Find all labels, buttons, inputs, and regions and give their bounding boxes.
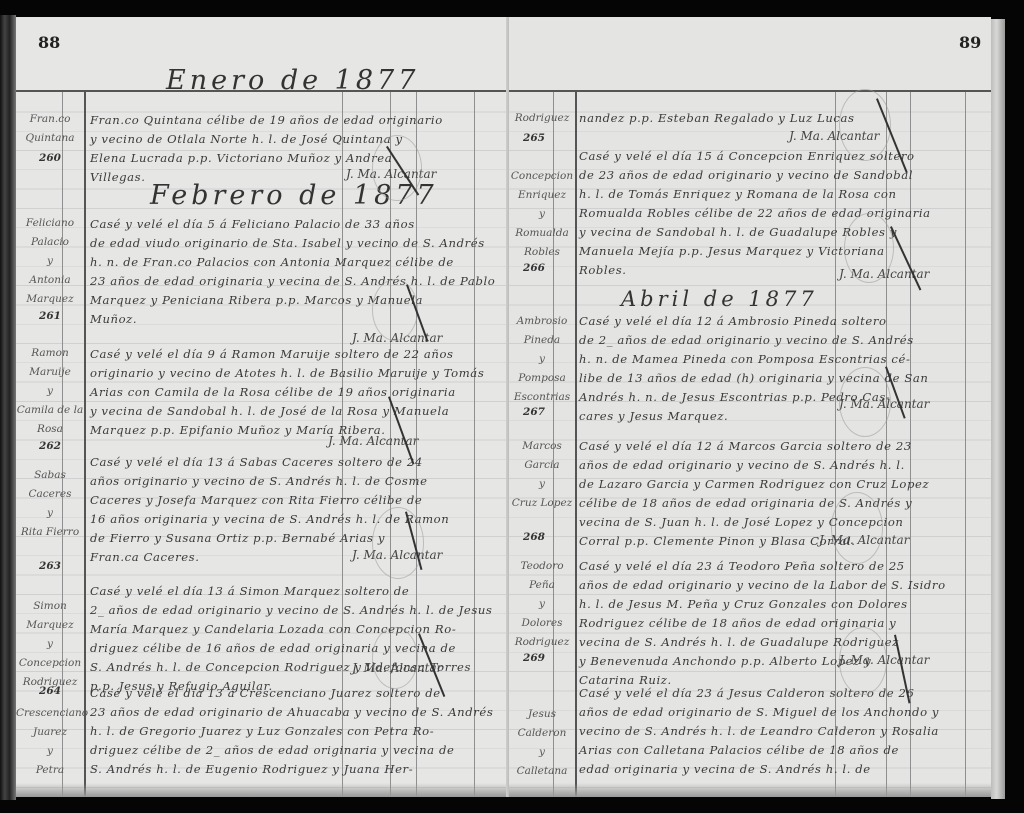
margin-name: Sabas Caceres y Rita Fierro bbox=[16, 466, 84, 542]
month-heading: Enero de 1877 bbox=[166, 65, 419, 96]
margin-name: Marcos Garcia y Cruz Lopez bbox=[509, 437, 575, 513]
entry-number: 268 bbox=[509, 528, 559, 547]
margin-name: Rodriguez bbox=[509, 109, 575, 128]
entry-number: 263 bbox=[16, 557, 84, 576]
entry-number: 264 bbox=[16, 682, 84, 701]
margin-name: Concepcion Enriquez y Romualda Robles bbox=[509, 167, 575, 262]
margin-name: Ambrosio Pineda y Pomposa Escontrias bbox=[509, 312, 575, 407]
page-number: 89 bbox=[959, 33, 981, 52]
margin-column-rule bbox=[84, 92, 86, 797]
parish-stamp bbox=[372, 627, 418, 689]
month-heading: Abril de 1877 bbox=[621, 287, 818, 311]
book-binding-left bbox=[0, 15, 16, 800]
entry-number: 262 bbox=[16, 437, 84, 456]
parish-stamp bbox=[839, 367, 891, 437]
right-page: 89 Rodriguez 265 nandez p.p. Esteban Reg… bbox=[509, 17, 991, 797]
entry-number: 260 bbox=[16, 149, 84, 168]
entry-text: Casé y velé el día 23 á Teodoro Peña sol… bbox=[579, 557, 946, 690]
book-page-edges bbox=[991, 19, 1005, 799]
entry-number: 266 bbox=[509, 259, 559, 278]
entry-number: 261 bbox=[16, 307, 84, 326]
entry-text: Casé y velé el día 13 á Simon Marquez so… bbox=[90, 582, 492, 696]
parish-stamp bbox=[839, 89, 891, 161]
parish-stamp bbox=[844, 213, 894, 283]
entry-text: nandez p.p. Esteban Regalado y Luz Lucas bbox=[579, 109, 855, 128]
margin-column-rule bbox=[575, 92, 577, 797]
entry-text: Casé y velé el día 13 á Crescenciano Jua… bbox=[90, 684, 493, 779]
left-page: 88 Enero de 1877 Febrero de 1877 Fran.co… bbox=[16, 17, 508, 797]
parish-stamp bbox=[372, 507, 424, 579]
parish-stamp bbox=[831, 492, 883, 564]
margin-name: Simon Marquez y Concepcion Rodriguez bbox=[16, 597, 84, 692]
page-bottom-edge bbox=[509, 783, 991, 797]
margin-name: Feliciano Palacio y Antonia Marquez bbox=[16, 214, 84, 309]
margin-name: Crescenciano Juarez y Petra bbox=[16, 704, 84, 780]
parish-stamp bbox=[372, 279, 418, 341]
margin-name: Fran.co Quintana bbox=[16, 110, 84, 148]
margin-name: Jesus Calderon y Calletana bbox=[509, 705, 575, 781]
margin-name: Ramon Maruije y Camila de la Rosa bbox=[16, 344, 84, 439]
margin-name: Teodoro Peña y Dolores Rodriguez bbox=[509, 557, 575, 652]
page-number: 88 bbox=[38, 33, 60, 52]
entry-number: 265 bbox=[509, 129, 559, 148]
header-rule bbox=[509, 90, 991, 92]
entry-text: Casé y velé el día 5 á Feliciano Palacio… bbox=[90, 215, 495, 329]
entry-number: 269 bbox=[509, 649, 559, 668]
column-rule bbox=[965, 92, 966, 797]
entry-number: 267 bbox=[509, 403, 559, 422]
parish-stamp bbox=[839, 627, 887, 695]
entry-text: Casé y velé el día 9 á Ramon Maruije sol… bbox=[90, 345, 484, 440]
page-bottom-edge bbox=[16, 783, 508, 797]
entry-text: Casé y velé el día 23 á Jesus Calderon s… bbox=[579, 684, 939, 779]
